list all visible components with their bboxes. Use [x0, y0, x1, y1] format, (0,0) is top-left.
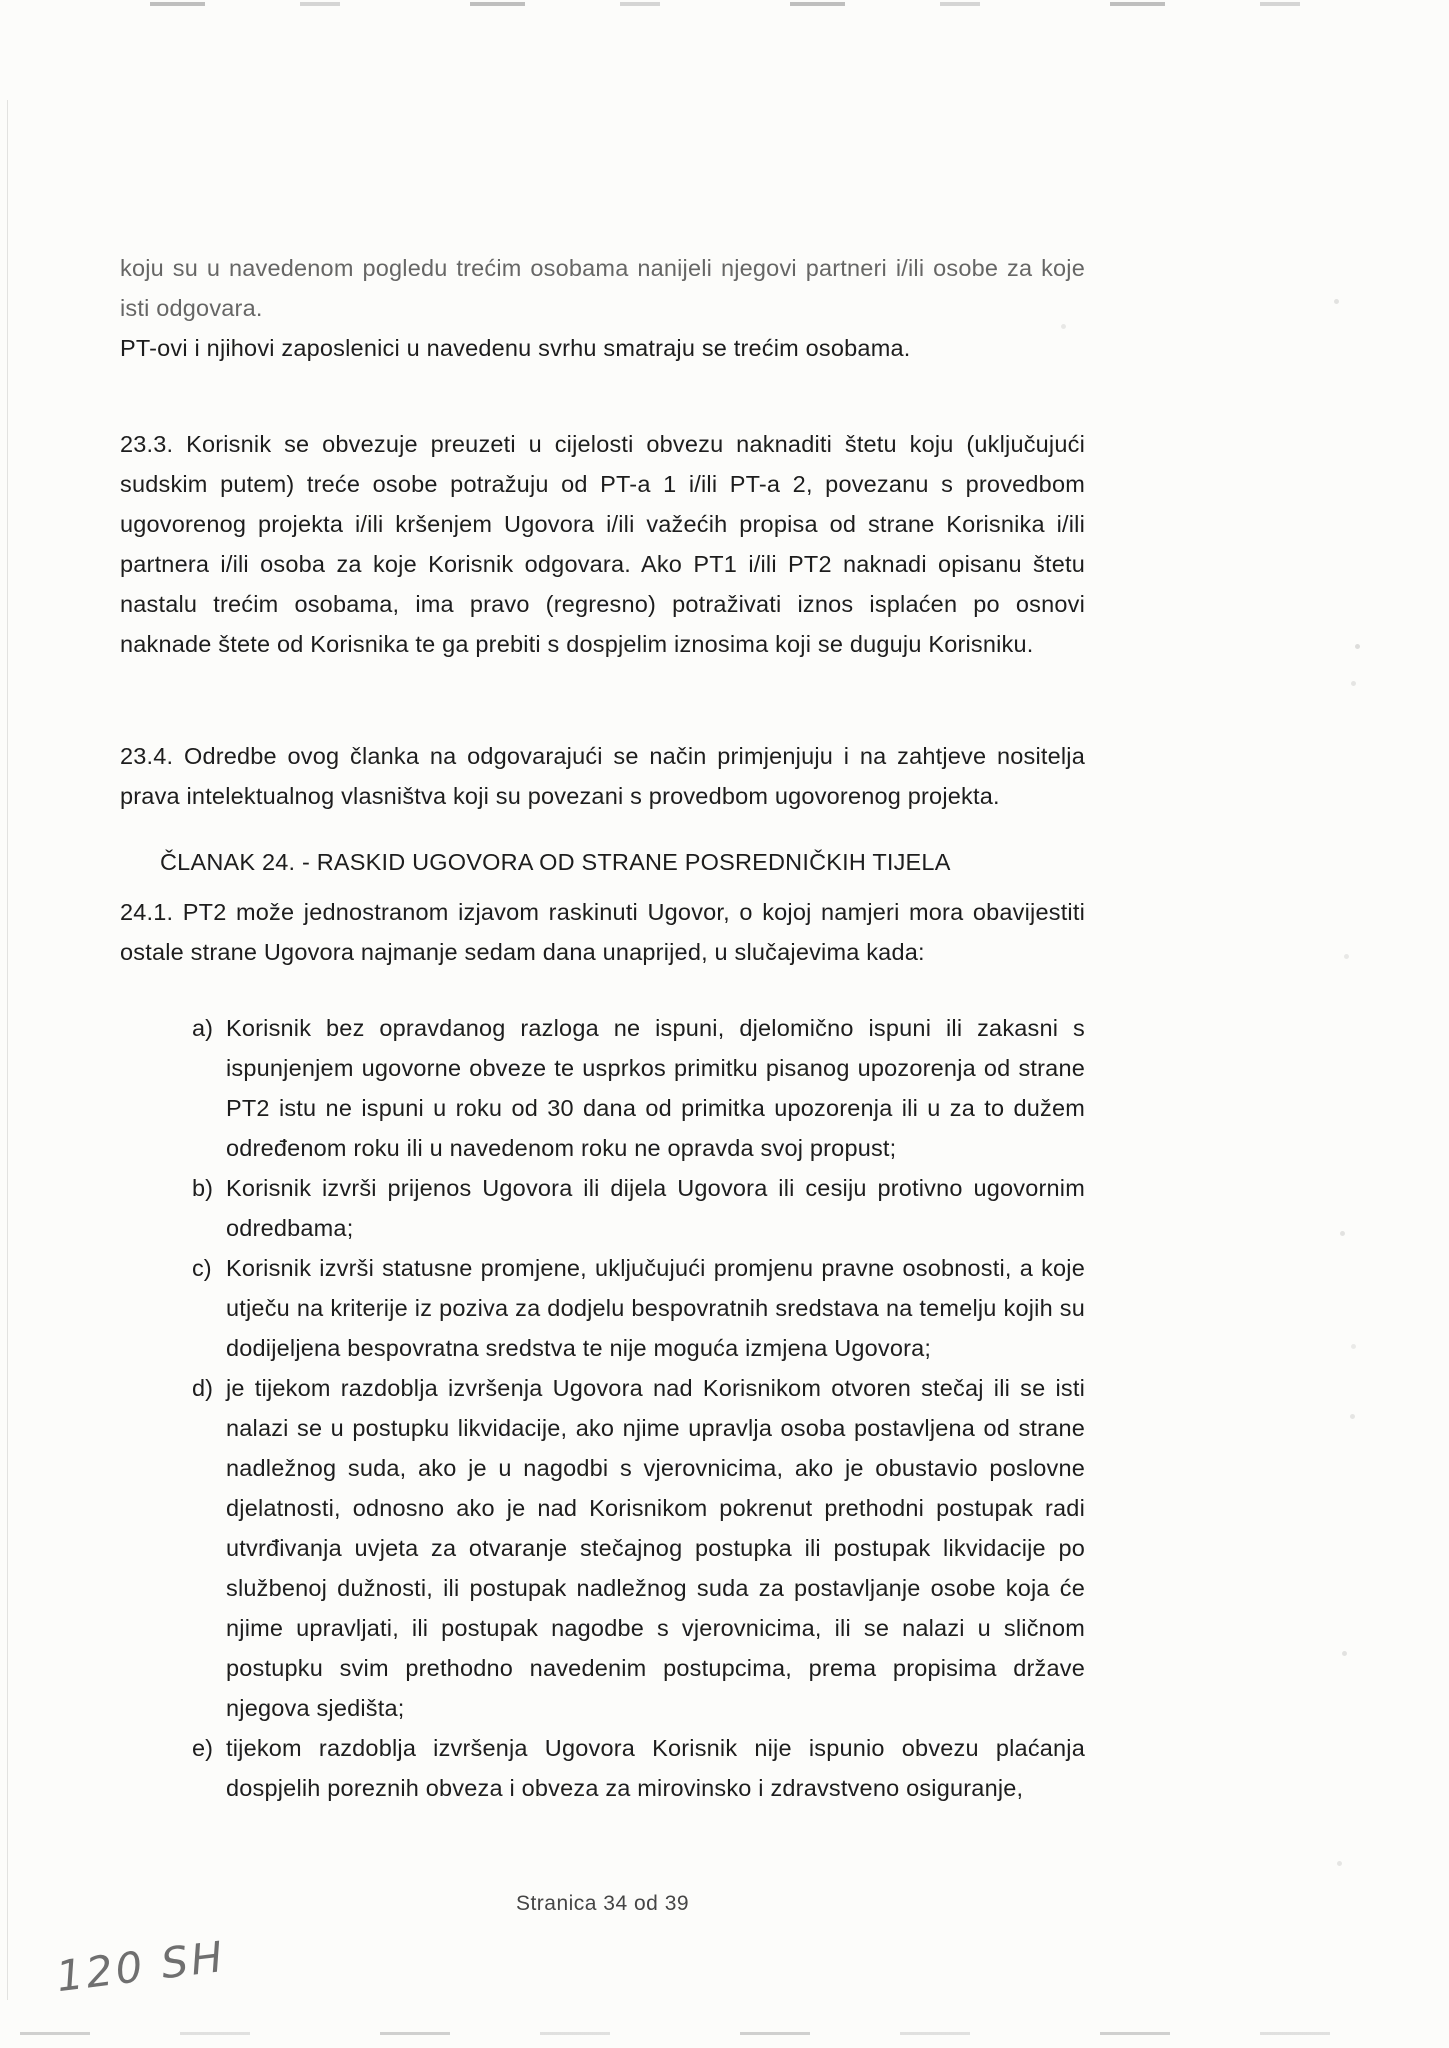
list-text-e: tijekom razdoblja izvršenja Ugovora Kori…	[226, 1728, 1085, 1808]
clause-24-1: 24.1. PT2 može jednostranom izjavom rask…	[120, 892, 1085, 972]
termination-conditions-list: a) Korisnik bez opravdanog razloga ne is…	[120, 1008, 1085, 1808]
list-text-c: Korisnik izvrši statusne promjene, uklju…	[226, 1248, 1085, 1368]
scan-artifact-left-edge	[7, 100, 8, 2000]
list-text-b: Korisnik izvrši prijenos Ugovora ili dij…	[226, 1168, 1085, 1248]
list-text-a: Korisnik bez opravdanog razloga ne ispun…	[226, 1008, 1085, 1168]
clause-23-3: 23.3. Korisnik se obvezuje preuzeti u ci…	[120, 424, 1085, 664]
scanned-contract-page: koju su u navedenom pogledu trećim osoba…	[0, 0, 1449, 2048]
list-item-d: d) je tijekom razdoblja izvršenja Ugovor…	[120, 1368, 1085, 1728]
list-marker-c: c)	[192, 1248, 226, 1288]
handwritten-pencil-mark: 120 SH	[54, 1932, 228, 2001]
list-item-a: a) Korisnik bez opravdanog razloga ne is…	[120, 1008, 1085, 1168]
scan-artifact-top-edge	[150, 2, 1390, 6]
clause-23-4: 23.4. Odredbe ovog članka na odgovarajuć…	[120, 736, 1085, 816]
page-number-footer: Stranica 34 od 39	[120, 1892, 1085, 1916]
paragraph-continuation: koju su u navedenom pogledu trećim osoba…	[120, 248, 1085, 328]
list-marker-a: a)	[192, 1008, 226, 1048]
scan-noise-specks	[0, 0, 3, 3]
list-marker-e: e)	[192, 1728, 226, 1768]
document-body: koju su u navedenom pogledu trećim osoba…	[120, 248, 1085, 1808]
list-item-e: e) tijekom razdoblja izvršenja Ugovora K…	[120, 1728, 1085, 1808]
article-24-heading: ČLANAK 24. - RASKID UGOVORA OD STRANE PO…	[160, 842, 1085, 882]
paragraph-pt-note: PT-ovi i njihovi zaposlenici u navedenu …	[120, 328, 1085, 368]
list-marker-d: d)	[192, 1368, 226, 1408]
list-item-c: c) Korisnik izvrši statusne promjene, uk…	[120, 1248, 1085, 1368]
list-marker-b: b)	[192, 1168, 226, 1208]
list-item-b: b) Korisnik izvrši prijenos Ugovora ili …	[120, 1168, 1085, 1248]
scan-artifact-bottom-edge	[20, 2032, 1420, 2035]
list-text-d: je tijekom razdoblja izvršenja Ugovora n…	[226, 1368, 1085, 1728]
